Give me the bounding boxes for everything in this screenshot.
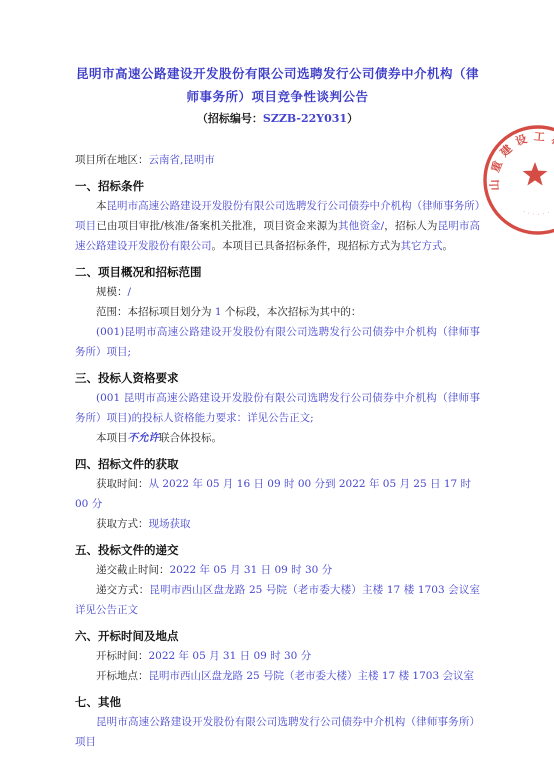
company-seal-stamp: 山重建设工程 · · · · · · · xyxy=(478,112,554,252)
seal-arc-text: 山重建设工程 xyxy=(488,129,554,190)
lot-line: (001)昆明市高速公路建设开发股份有限公司选聘发行公司债券中介机构（律师事务所… xyxy=(75,322,480,362)
submit-deadline-value: 2022 年 05 月 31 日 09 时 30 分 xyxy=(170,564,333,576)
other-text: 昆明市高速公路建设开发股份有限公司选聘发行公司债券中介机构（律师事务所）项目 xyxy=(75,716,480,748)
submit-method-label: 递交方式： xyxy=(96,584,149,596)
obtain-method-label: 获取方式： xyxy=(96,518,149,530)
submit-method-line: 递交方式：昆明市西山区盘龙路 25 号院（老市委大楼）主楼 17 楼 1703 … xyxy=(75,580,480,620)
obtain-time-line: 获取时间：从 2022 年 05 月 16 日 09 时 00 分到 2022 … xyxy=(75,474,480,514)
section-6-heading: 六、开标时间及地点 xyxy=(75,626,480,646)
s1-text: 。本项目已具备招标条件，现招标方式为 xyxy=(212,240,401,252)
section-5-heading: 五、投标文件的递交 xyxy=(75,540,480,560)
obtain-method-value: 现场获取 xyxy=(149,518,191,530)
s1-text: 。 xyxy=(443,240,454,252)
qualification-line: (001 昆明市高速公路建设开发股份有限公司选聘发行公司债券中介机构（律师事务所… xyxy=(75,388,480,428)
section-3-heading: 三、投标人资格要求 xyxy=(75,368,480,388)
opening-place-line: 开标地点：昆明市西山区盘龙路 25 号院（老市委大楼）主楼 17 楼 1703 … xyxy=(75,666,480,686)
opening-time-value: 2022 年 05 月 31 日 09 时 30 分 xyxy=(149,650,312,662)
scope-line: 范围：本招标项目划分为 1 个标段，本次招标为其中的： xyxy=(75,302,480,322)
scope-post: 个标段，本次招标为其中的： xyxy=(222,306,362,318)
bid-number-close: ） xyxy=(347,112,358,125)
qualification-text: (001 昆明市高速公路建设开发股份有限公司选聘发行公司债券中介机构（律师事务所… xyxy=(75,392,480,424)
svg-text:山重建设工程: 山重建设工程 xyxy=(488,129,554,190)
opening-time-line: 开标时间：2022 年 05 月 31 日 09 时 30 分 xyxy=(75,646,480,666)
scale-value: / xyxy=(128,286,132,298)
bid-number-value: SZZB-22Y031 xyxy=(263,112,347,125)
opening-place-label: 开标地点： xyxy=(96,670,149,682)
section-1-heading: 一、招标条件 xyxy=(75,176,480,196)
obtain-time-label: 获取时间： xyxy=(96,478,149,490)
opening-place-value: 昆明市西山区盘龙路 25 号院（老市委大楼）主楼 17 楼 1703 会议室 xyxy=(149,670,474,682)
region-line: 项目所在地区：云南省,昆明市 xyxy=(75,150,480,170)
s1-text: 本 xyxy=(96,200,107,212)
opening-time-label: 开标时间： xyxy=(96,650,149,662)
s1-text: ，招标人为 xyxy=(384,220,437,232)
joint-not-allowed: 不允许 xyxy=(128,432,160,444)
region-value: 云南省,昆明市 xyxy=(149,154,215,166)
joint-post: 联合体投标。 xyxy=(159,432,222,444)
scale-line: 规模：/ xyxy=(75,282,480,302)
document-content: 昆明市高速公路建设开发股份有限公司选聘发行公司债券中介机构（律师事务所）项目竞争… xyxy=(75,62,480,752)
scope-count: 1 xyxy=(215,306,222,318)
document-page: 昆明市高速公路建设开发股份有限公司选聘发行公司债券中介机构（律师事务所）项目竞争… xyxy=(0,0,554,783)
s1-fund-source: 其他资金/ xyxy=(338,220,384,232)
region-label: 项目所在地区： xyxy=(75,154,149,166)
lot-text: (001)昆明市高速公路建设开发股份有限公司选聘发行公司债券中介机构（律师事务所… xyxy=(75,326,480,358)
star-icon xyxy=(523,162,548,186)
section-4-heading: 四、招标文件的获取 xyxy=(75,454,480,474)
scope-pre: 本招标项目划分为 xyxy=(128,306,215,318)
section-7-heading: 七、其他 xyxy=(75,692,480,712)
bid-number-label: （招标编号： xyxy=(197,112,263,125)
scale-label: 规模： xyxy=(96,286,128,298)
doc-title: 昆明市高速公路建设开发股份有限公司选聘发行公司债券中介机构（律师事务所）项目竞争… xyxy=(75,62,480,108)
submit-deadline-label: 递交截止时间： xyxy=(96,564,170,576)
section-2-heading: 二、项目概况和招标范围 xyxy=(75,262,480,282)
scope-label: 范围： xyxy=(96,306,128,318)
joint-pre: 本项目 xyxy=(96,432,128,444)
submit-deadline-line: 递交截止时间：2022 年 05 月 31 日 09 时 30 分 xyxy=(75,560,480,580)
other-line: 昆明市高速公路建设开发股份有限公司选聘发行公司债券中介机构（律师事务所）项目 xyxy=(75,712,480,752)
obtain-method-line: 获取方式：现场获取 xyxy=(75,514,480,534)
s1-text: 已由项目审批/核准/备案机关批准，项目资金来源为 xyxy=(96,220,338,232)
joint-bid-line: 本项目不允许联合体投标。 xyxy=(75,428,480,448)
s1-method: 其它方式 xyxy=(401,240,443,252)
section-1-paragraph: 本昆明市高速公路建设开发股份有限公司选聘发行公司债券中介机构（律师事务所）项目已… xyxy=(75,196,480,256)
bid-number-line: （招标编号：SZZB-22Y031） xyxy=(75,110,480,128)
